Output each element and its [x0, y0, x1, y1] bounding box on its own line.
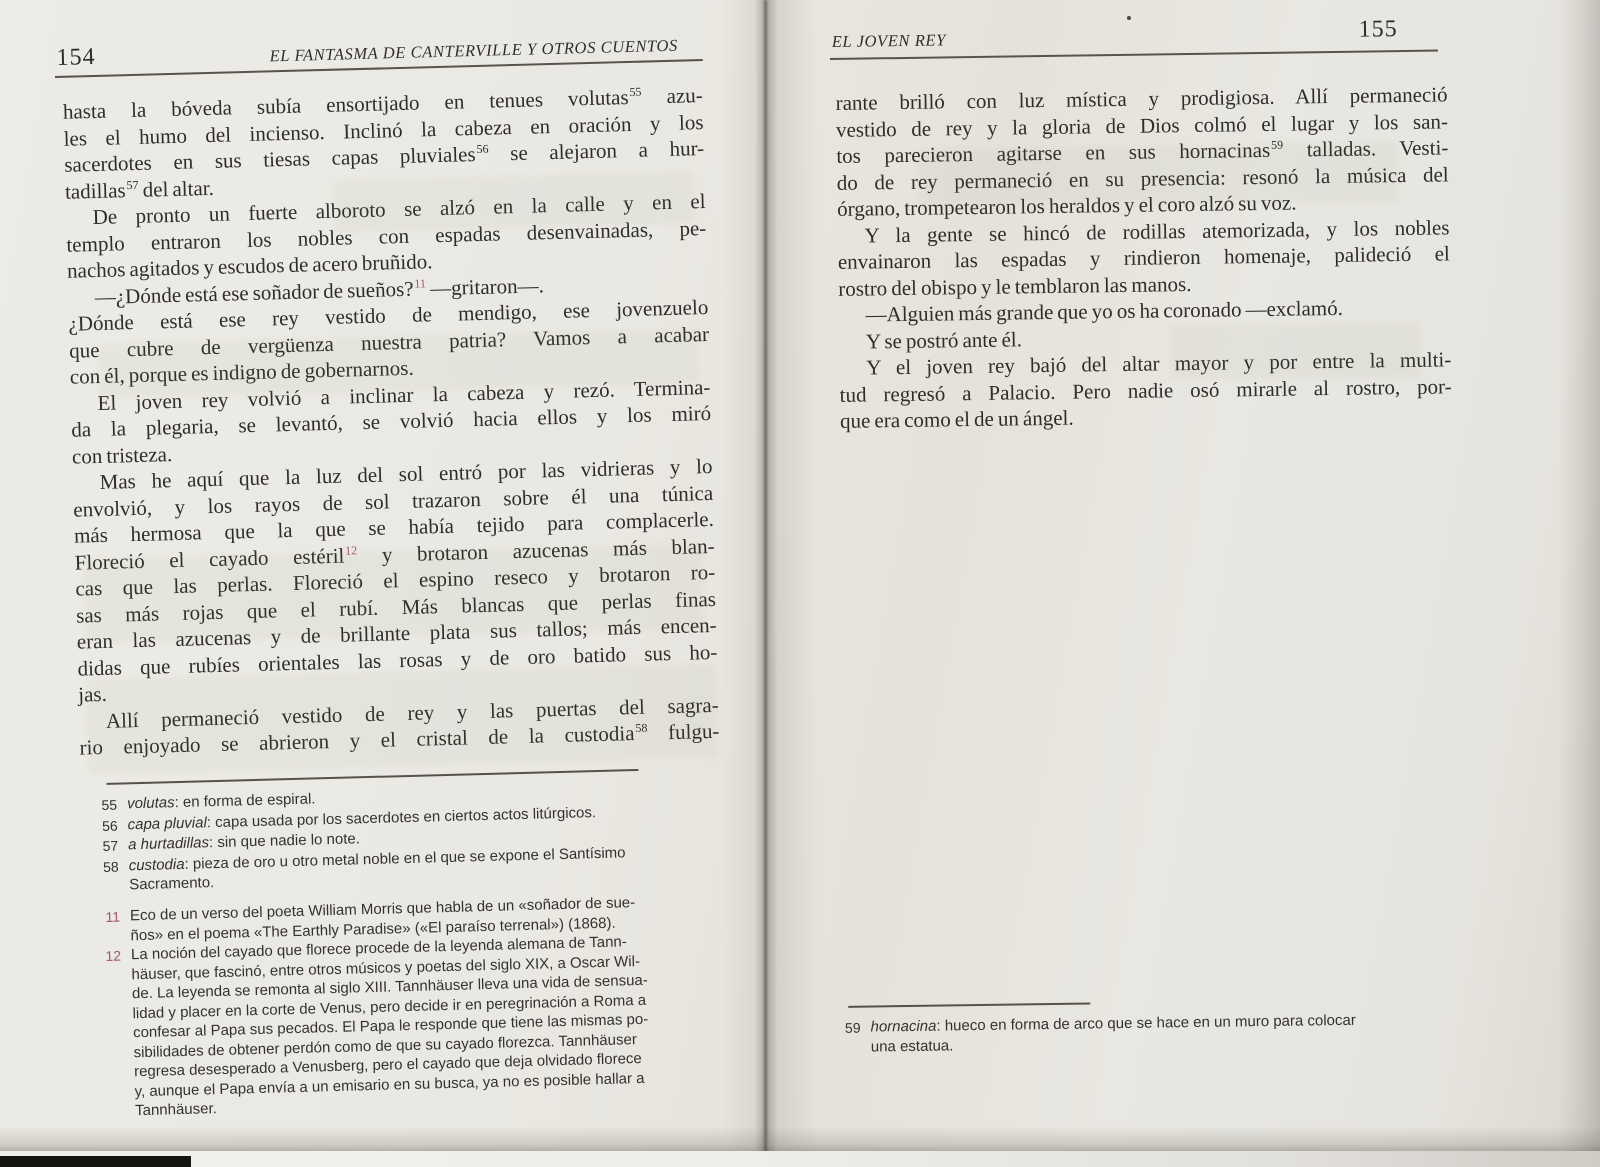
- text-segment: hornacina: [870, 1018, 936, 1036]
- footnote-reference: 55: [629, 85, 641, 99]
- right-footnote-rule: [848, 1002, 1090, 1007]
- text-segment: rostro del obispo y le temblaron las man…: [838, 271, 1192, 300]
- right-header-rule: [830, 50, 1438, 60]
- text-segment: : sin que nadie lo note.: [209, 830, 360, 851]
- footnote-text: La noción del cayado que florece procede…: [131, 930, 729, 1121]
- left-body-text: hasta la bóveda subía ensortijado en ten…: [63, 82, 720, 761]
- footnote-reference: 56: [476, 142, 488, 156]
- book-gutter-fold-line: [764, 0, 767, 1152]
- footnote-reference: 11: [414, 276, 426, 290]
- text-segment: a hurtadillas: [128, 834, 209, 853]
- right-vocab-footnotes: 59hornacina: hueco en forma de arco que …: [836, 1009, 1466, 1057]
- left-vocab-footnotes: 55volutas: en forma de espiral.56capa pl…: [93, 779, 723, 896]
- left-page-number: 154: [56, 44, 96, 72]
- text-segment: —Alguien más grande que yo os ha coronad…: [865, 296, 1343, 327]
- footnote-number: 11: [96, 907, 121, 928]
- right-running-head: EL JOVEN REY: [832, 30, 946, 52]
- text-segment: tos parecieron agitarse en sus hornacina…: [836, 138, 1270, 168]
- footnote-reference: 12: [345, 543, 357, 557]
- footnote-number: 55: [93, 795, 118, 816]
- scanner-bed-strip: [0, 1151, 1600, 1167]
- text-segment: azu-: [641, 83, 703, 109]
- left-reference-footnotes: 11Eco de un verso del poeta William Morr…: [96, 891, 729, 1122]
- text-segment: capa pluvial: [127, 814, 207, 833]
- footnote: 59hornacina: hueco en forma de arco que …: [836, 1009, 1466, 1057]
- footnote-reference: 58: [635, 721, 647, 735]
- text-segment: tadillas: [65, 178, 126, 204]
- footnote-number: 57: [94, 836, 119, 857]
- text-segment: Tannhäuser.: [135, 1100, 217, 1119]
- footnote-text: hornacina: hueco en forma de arco que se…: [870, 1009, 1466, 1056]
- text-segment: Sacramento.: [129, 874, 214, 893]
- page-bottom-shadow: [0, 1126, 1600, 1152]
- right-page: EL JOVEN REY 155 rante brilló con luz mí…: [765, 0, 1600, 1167]
- text-segment: volutas: [127, 794, 175, 812]
- text-segment: jas.: [78, 682, 107, 707]
- scan-black-bar: [0, 1156, 191, 1167]
- footnote-number: 12: [97, 946, 122, 967]
- scanned-book-spread: 154 EL FANTASMA DE CANTERVILLE Y OTROS C…: [0, 0, 1600, 1167]
- text-segment: Y se postró ante él.: [866, 327, 1022, 353]
- footnote-number: 56: [93, 815, 118, 836]
- footnote-number: 58: [94, 856, 119, 877]
- text-segment: una estatua.: [871, 1037, 954, 1055]
- scan-speck: [1127, 16, 1131, 20]
- right-page-number: 155: [1197, 16, 1397, 46]
- text-segment: : en forma de espiral.: [174, 790, 315, 811]
- footnote-reference: 59: [1271, 138, 1283, 152]
- text-segment: fulgu-: [647, 719, 720, 745]
- footnote-reference: 57: [126, 177, 138, 191]
- text-segment: del altar.: [138, 175, 214, 201]
- footnote: 12La noción del cayado que florece proce…: [97, 930, 729, 1122]
- text-segment: con tristeza.: [72, 442, 173, 469]
- text-segment: custodia: [128, 855, 184, 873]
- text-segment: órgano, trompetearon los heraldos y el c…: [837, 191, 1297, 221]
- text-segment: se alejaron a hur-: [488, 136, 704, 166]
- footnote-number: 59: [836, 1018, 860, 1039]
- text-segment: que era como el de un ángel.: [840, 406, 1074, 433]
- right-body-text: rante brilló con luz mística y prodigios…: [835, 81, 1452, 434]
- text-segment: —gritaron—.: [426, 273, 544, 300]
- text-segment: talladas. Vesti-: [1283, 135, 1448, 161]
